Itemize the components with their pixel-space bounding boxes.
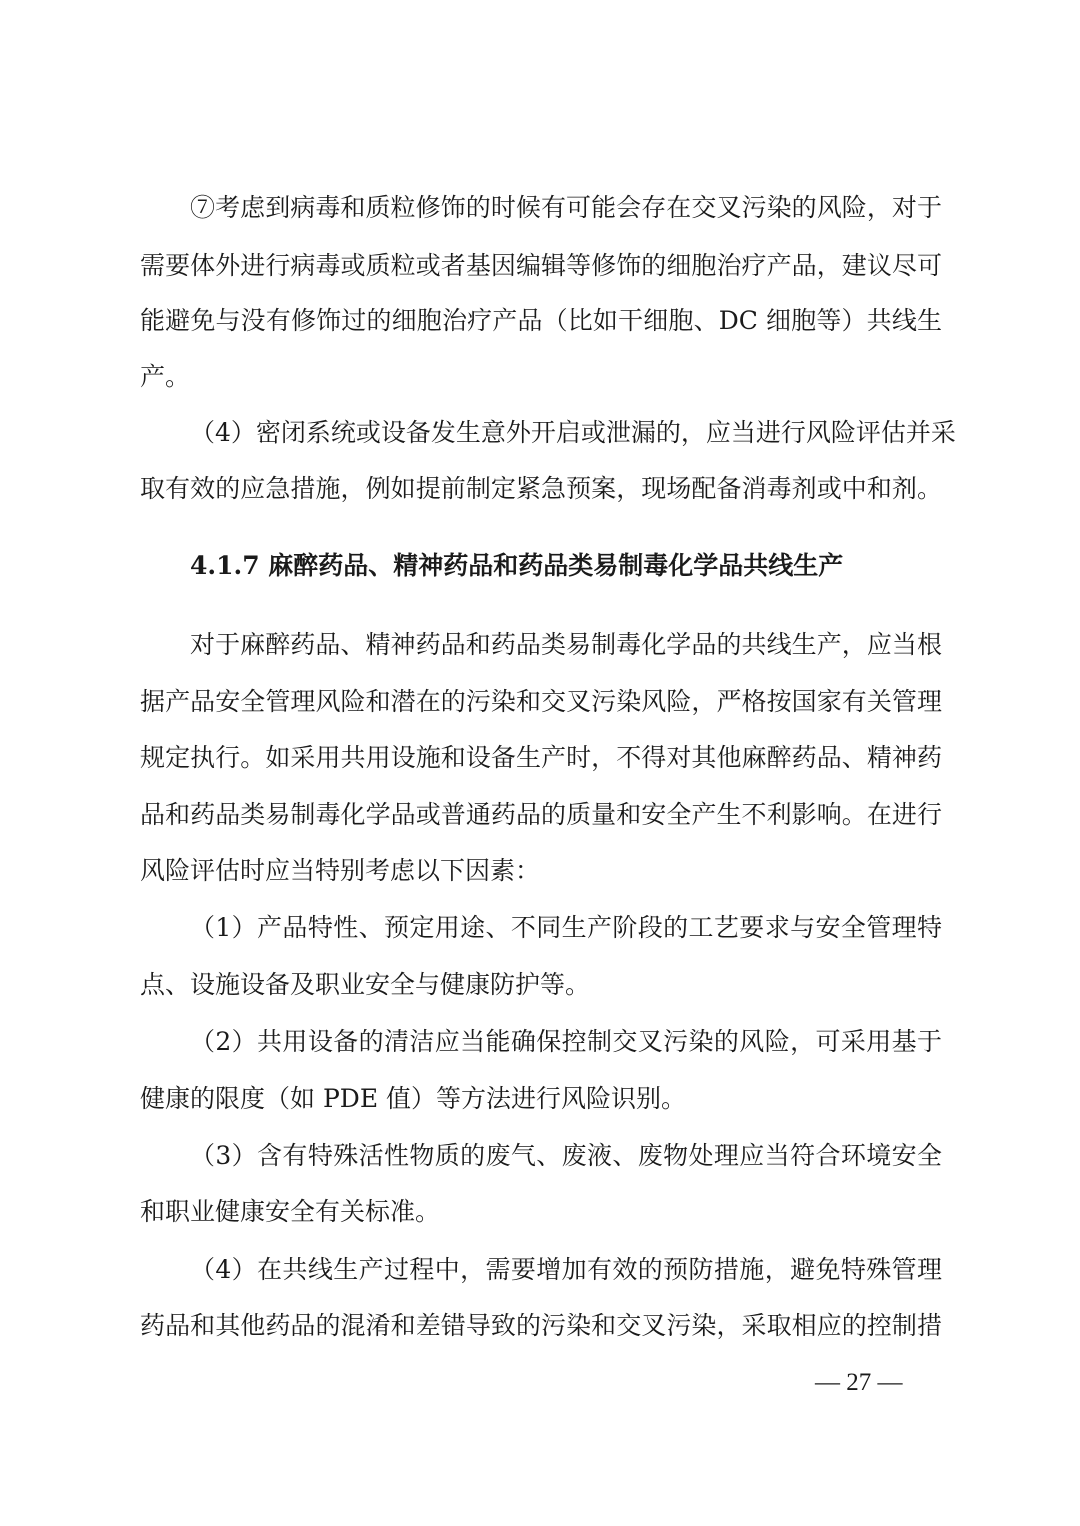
text-line: 产。	[140, 357, 942, 397]
page-number: — 27 —	[815, 1363, 903, 1403]
text-line: （4）在共线生产过程中，需要增加有效的预防措施，避免特殊管理	[190, 1250, 942, 1290]
text-line: 和职业健康安全有关标准。	[140, 1192, 942, 1232]
text-line: 风险评估时应当特别考虑以下因素：	[140, 851, 942, 891]
text-line: 取有效的应急措施，例如提前制定紧急预案，现场配备消毒剂或中和剂。	[140, 469, 942, 509]
text-line: 健康的限度（如 PDE 值）等方法进行风险识别。	[140, 1079, 942, 1119]
text-line: ⑦考虑到病毒和质粒修饰的时候有可能会存在交叉污染的风险，对于	[190, 188, 942, 228]
text-line: 品和药品类易制毒化学品或普通药品的质量和安全产生不利影响。在进行	[140, 795, 942, 835]
text-line: （4）密闭系统或设备发生意外开启或泄漏的，应当进行风险评估并采	[190, 413, 942, 453]
text-line: （2）共用设备的清洁应当能确保控制交叉污染的风险，可采用基于	[190, 1022, 942, 1062]
text-line: 对于麻醉药品、精神药品和药品类易制毒化学品的共线生产，应当根	[190, 625, 942, 665]
text-line: 点、设施设备及职业安全与健康防护等。	[140, 965, 942, 1005]
text-line: 需要体外进行病毒或质粒或者基因编辑等修饰的细胞治疗产品，建议尽可	[140, 246, 942, 286]
text-line: 规定执行。如采用共用设施和设备生产时，不得对其他麻醉药品、精神药	[140, 738, 942, 778]
text-line: 据产品安全管理风险和潜在的污染和交叉污染风险，严格按国家有关管理	[140, 682, 942, 722]
section-heading: 4.1.7 麻醉药品、精神药品和药品类易制毒化学品共线生产	[190, 546, 843, 586]
text-line: （3）含有特殊活性物质的废气、废液、废物处理应当符合环境安全	[190, 1136, 942, 1176]
document-page: ⑦考虑到病毒和质粒修饰的时候有可能会存在交叉污染的风险，对于需要体外进行病毒或质…	[0, 0, 1080, 1526]
text-line: 药品和其他药品的混淆和差错导致的污染和交叉污染，采取相应的控制措	[140, 1306, 942, 1346]
text-line: 能避免与没有修饰过的细胞治疗产品（比如干细胞、DC 细胞等）共线生	[140, 301, 942, 341]
text-line: （1）产品特性、预定用途、不同生产阶段的工艺要求与安全管理特	[190, 908, 942, 948]
